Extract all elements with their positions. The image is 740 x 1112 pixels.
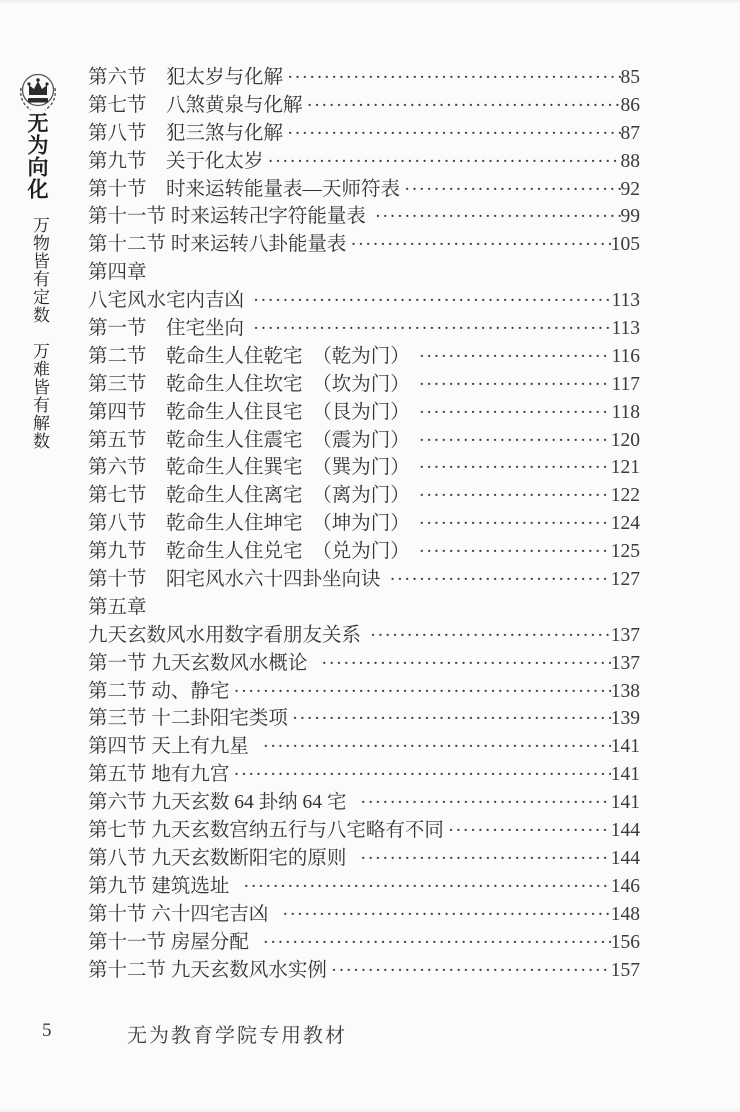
toc-entry-page-number: 113: [611, 315, 640, 343]
toc-entry-row: 第七节 九天玄数宫纳五行与八宅略有不同·····················…: [88, 817, 640, 845]
toc-entry-title: 第九节 关于化太岁: [88, 148, 264, 176]
dot-leader: ········································…: [303, 92, 621, 120]
toc-entry-title: 九天玄数风水用数字看朋友关系: [88, 622, 366, 650]
toc-entry-row: 第十二节 九天玄数风水实例···························…: [88, 957, 640, 985]
toc-entry-title: 第九节 乾命生人住兑宅 （兑为门）: [88, 538, 415, 566]
toc-entry-page-number: 144: [611, 817, 640, 845]
toc-entry-page-number: 120: [611, 427, 640, 455]
toc-entry-row: 第五节 乾命生人住震宅 （震为门） ······················…: [88, 427, 640, 455]
dot-leader: ········································…: [415, 343, 612, 371]
toc-entry-row: 第六节 乾命生人住巽宅 （巽为门） ······················…: [88, 454, 640, 482]
toc-entry-row: 第三节 十二卦阳宅类项·····························…: [88, 705, 640, 733]
dot-leader: ········································…: [278, 901, 611, 929]
toc-entry-page-number: 127: [611, 566, 640, 594]
footer-imprint: 无为教育学院专用教材: [127, 1019, 347, 1048]
toc-entry-page-number: 141: [611, 789, 640, 817]
toc-entry-title: 第五节 乾命生人住震宅 （震为门）: [88, 427, 415, 455]
toc-entry-title: 第五章: [88, 594, 147, 622]
toc-entry-title: 第七节 乾命生人住离宅 （离为门）: [88, 482, 415, 510]
toc-entry-title: 第四节 天上有九星: [88, 733, 259, 761]
dot-leader: ········································…: [415, 510, 611, 538]
toc-entry-title: 八宅风水宅内吉凶: [88, 287, 249, 315]
toc-entry-page-number: 138: [611, 678, 640, 706]
toc-entry-page-number: 113: [611, 287, 640, 315]
toc-entry-row: 第十节 六十四宅吉凶 ·····························…: [88, 901, 640, 929]
toc-entry-page-number: 121: [611, 454, 640, 482]
toc-entry-title: 第十节 时来运转能量表—天师符表: [88, 176, 400, 204]
table-of-contents: 第六节 犯太岁与化解······························…: [88, 64, 640, 984]
toc-entry-row: 第十节 时来运转能量表—天师符表························…: [88, 176, 640, 204]
dot-leader: ········································…: [400, 176, 620, 204]
dot-leader: ········································…: [239, 873, 611, 901]
toc-entry-page-number: 157: [611, 957, 640, 985]
dot-leader: ········································…: [415, 538, 611, 566]
toc-entry-page-number: 99: [621, 203, 641, 231]
toc-entry-row: 第九节 乾命生人住兑宅 （兑为门） ······················…: [88, 538, 640, 566]
toc-entry-page-number: 118: [611, 399, 640, 427]
toc-entry-page-number: 125: [611, 538, 640, 566]
toc-entry-row: 第九节 建筑选址 ·······························…: [88, 873, 640, 901]
toc-entry-title: 第三节 乾命生人住坎宅 （坎为门）: [88, 371, 415, 399]
toc-entry-row: 第六节 九天玄数 64 卦纳 64 宅 ····················…: [88, 789, 640, 817]
toc-entry-page-number: 117: [611, 371, 640, 399]
dot-leader: ········································…: [259, 929, 611, 957]
toc-entry-title: 第七节 九天玄数宫纳五行与八宅略有不同: [88, 817, 444, 845]
dot-leader: ········································…: [288, 705, 611, 733]
brand-vertical-text: 无为向化: [22, 112, 52, 200]
toc-entry-row: 第一节 住宅坐向 ·······························…: [88, 315, 640, 343]
toc-entry-row: 第八节 乾命生人住坤宅 （坤为门） ······················…: [88, 510, 640, 538]
dot-leader: ········································…: [415, 454, 611, 482]
dot-leader: ········································…: [346, 231, 610, 259]
toc-entry-page-number: 116: [611, 343, 640, 371]
toc-entry-row: 八宅风水宅内吉凶 ·······························…: [88, 287, 640, 315]
toc-entry-title: 第七节 八煞黄泉与化解: [88, 92, 303, 120]
toc-chapter-row: 第五章·····································…: [88, 594, 640, 622]
dot-leader: ········································…: [371, 203, 621, 231]
dot-leader: ········································…: [283, 64, 620, 92]
toc-entry-title: 第六节 乾命生人住巽宅 （巽为门）: [88, 454, 415, 482]
dot-leader: ········································…: [249, 287, 612, 315]
dot-leader: ········································…: [356, 789, 611, 817]
toc-entry-page-number: 85: [621, 64, 641, 92]
toc-entry-row: 第六节 犯太岁与化解······························…: [88, 64, 640, 92]
toc-entry-title: 第一节 九天玄数风水概论: [88, 650, 317, 678]
dot-leader: ········································…: [415, 371, 612, 399]
dot-leader: ········································…: [317, 650, 611, 678]
toc-entry-row: 第四节 天上有九星 ······························…: [88, 733, 640, 761]
toc-entry-title: 第四章: [88, 259, 147, 287]
dot-leader: ········································…: [366, 622, 611, 650]
toc-entry-row: 第十一节 房屋分配 ······························…: [88, 929, 640, 957]
toc-entry-title: 第十一节 房屋分配: [88, 929, 259, 957]
toc-entry-title: 第八节 九天玄数断阳宅的原则: [88, 845, 356, 873]
toc-entry-title: 第十节 六十四宅吉凶: [88, 901, 278, 929]
toc-entry-page-number: 105: [611, 231, 640, 259]
dot-leader: ········································…: [229, 761, 610, 789]
toc-entry-row: 第七节 八煞黄泉与化解·····························…: [88, 92, 640, 120]
motto-line-1: 万物皆有定数: [27, 216, 52, 324]
book-toc-page: { "page": { "background": "#fbfbf9", "te…: [0, 0, 740, 1112]
toc-entry-page-number: 141: [611, 733, 640, 761]
toc-entry-row: 第二节 动、静宅································…: [88, 678, 640, 706]
toc-entry-title: 第十二节 九天玄数风水实例: [88, 957, 327, 985]
toc-entry-page-number: 86: [621, 92, 641, 120]
toc-entry-row: 第八节 犯三煞与化解······························…: [88, 120, 640, 148]
toc-entry-row: 第三节 乾命生人住坎宅 （坎为门） ······················…: [88, 371, 640, 399]
dot-leader: ········································…: [415, 427, 611, 455]
toc-entry-page-number: 148: [611, 901, 640, 929]
toc-entry-title: 第一节 住宅坐向: [88, 315, 249, 343]
dot-leader: ········································…: [415, 399, 612, 427]
toc-entry-title: 第十一节 时来运转卍字符能量表: [88, 203, 371, 231]
toc-entry-page-number: 146: [611, 873, 640, 901]
toc-entry-page-number: 144: [611, 845, 640, 873]
toc-entry-row: 第五节 地有九宫································…: [88, 761, 640, 789]
toc-entry-row: 第十一节 时来运转卍字符能量表 ························…: [88, 203, 640, 231]
toc-entry-row: 第八节 九天玄数断阳宅的原则 ·························…: [88, 845, 640, 873]
toc-entry-row: 第二节 乾命生人住乾宅 （乾为门） ······················…: [88, 343, 640, 371]
dot-leader: ········································…: [385, 566, 610, 594]
toc-entry-title: 第四节 乾命生人住艮宅 （艮为门）: [88, 399, 415, 427]
dot-leader: ········································…: [249, 315, 612, 343]
dot-leader: ········································…: [264, 148, 621, 176]
page-bottom-edge: [0, 1108, 740, 1112]
toc-entry-row: 第十二节 时来运转八卦能量表··························…: [88, 231, 640, 259]
toc-entry-page-number: 124: [611, 510, 640, 538]
toc-entry-page-number: 92: [621, 176, 641, 204]
toc-entry-title: 第二节 乾命生人住乾宅 （乾为门）: [88, 343, 415, 371]
motto-line-2: 万难皆有解数: [27, 342, 52, 450]
toc-entry-title: 第二节 动、静宅: [88, 678, 229, 706]
dot-leader: ········································…: [415, 482, 611, 510]
toc-entry-page-number: 137: [611, 650, 640, 678]
toc-entry-page-number: 122: [611, 482, 640, 510]
sidebar: 无为向化 万物皆有定数 万难皆有解数: [0, 0, 80, 1112]
dot-leader: ········································…: [327, 957, 611, 985]
toc-entry-page-number: 139: [611, 705, 640, 733]
dot-leader: ········································…: [259, 733, 611, 761]
toc-entry-page-number: 156: [611, 929, 640, 957]
toc-entry-title: 第十节 阳宅风水六十四卦坐向诀: [88, 566, 385, 594]
toc-entry-page-number: 137: [611, 622, 640, 650]
toc-entry-title: 第八节 犯三煞与化解: [88, 120, 283, 148]
dot-leader: ········································…: [283, 120, 620, 148]
dot-leader: ········································…: [356, 845, 611, 873]
page-top-edge: [0, 0, 740, 4]
toc-entry-title: 第六节 九天玄数 64 卦纳 64 宅: [88, 789, 356, 817]
toc-entry-title: 第六节 犯太岁与化解: [88, 64, 283, 92]
footer-page-number: 5: [42, 1020, 52, 1042]
dot-leader: ········································…: [444, 817, 611, 845]
toc-entry-row: 第七节 乾命生人住离宅 （离为门） ······················…: [88, 482, 640, 510]
toc-entry-title: 第十二节 时来运转八卦能量表: [88, 231, 346, 259]
toc-entry-row: 第一节 九天玄数风水概论 ···························…: [88, 650, 640, 678]
toc-entry-title: 第九节 建筑选址: [88, 873, 239, 901]
toc-entry-row: 第十节 阳宅风水六十四卦坐向诀 ························…: [88, 566, 640, 594]
toc-entry-title: 第五节 地有九宫: [88, 761, 229, 789]
toc-entry-page-number: 87: [621, 120, 641, 148]
toc-entry-title: 第八节 乾命生人住坤宅 （坤为门）: [88, 510, 415, 538]
toc-entry-page-number: 141: [611, 761, 640, 789]
toc-entry-page-number: 88: [621, 148, 641, 176]
toc-entry-row: 九天玄数风水用数字看朋友关系 ·························…: [88, 622, 640, 650]
dot-leader: ········································…: [229, 678, 610, 706]
toc-entry-row: 第九节 关于化太岁·······························…: [88, 148, 640, 176]
toc-chapter-row: 第四章·····································…: [88, 259, 640, 287]
toc-entry-row: 第四节 乾命生人住艮宅 （艮为门） ······················…: [88, 399, 640, 427]
toc-entry-title: 第三节 十二卦阳宅类项: [88, 705, 288, 733]
